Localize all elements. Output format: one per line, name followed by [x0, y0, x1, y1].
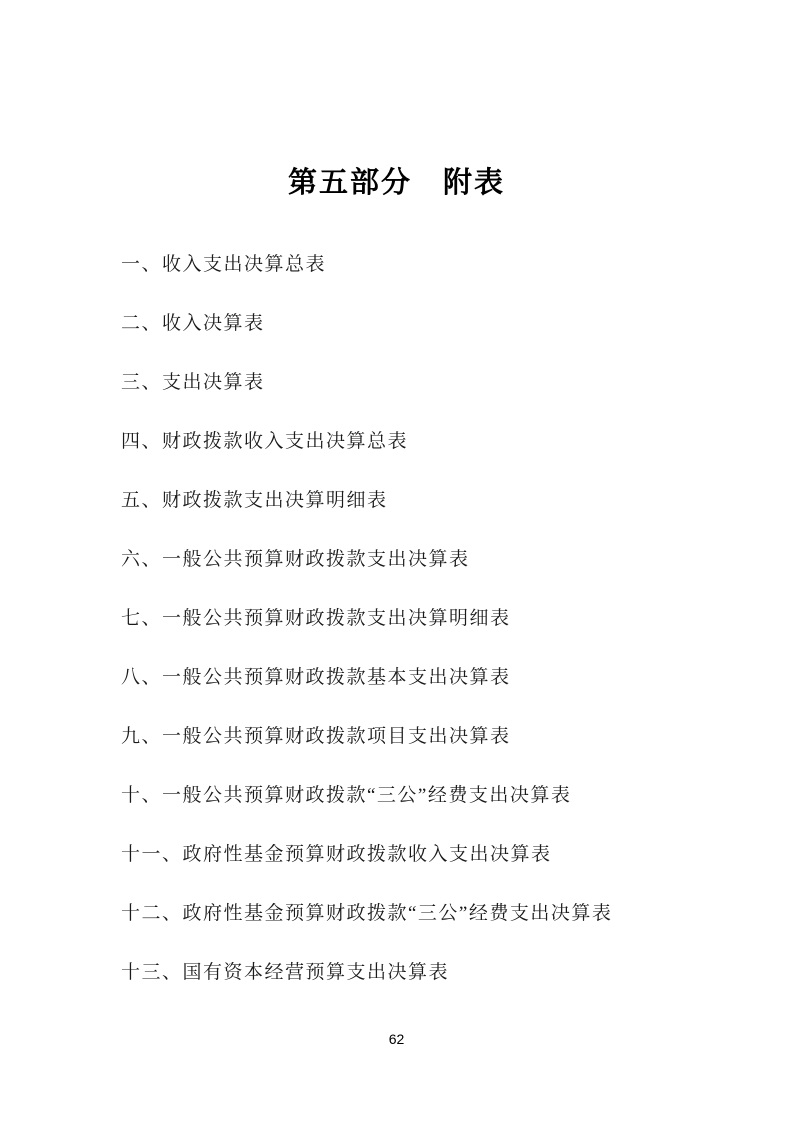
list-item: 十、一般公共预算财政拨款“三公”经费支出决算表 — [121, 783, 733, 842]
list-item: 三、支出决算表 — [121, 370, 733, 429]
list-item: 一、收入支出决算总表 — [121, 252, 733, 311]
list-item: 八、一般公共预算财政拨款基本支出决算表 — [121, 665, 733, 724]
list-item: 二、收入决算表 — [121, 311, 733, 370]
list-item: 十一、政府性基金预算财政拨款收入支出决算表 — [121, 842, 733, 901]
toc-list: 一、收入支出决算总表 二、收入决算表 三、支出决算表 四、财政拨款收入支出决算总… — [121, 252, 733, 1019]
page-title: 第五部分 附表 — [0, 165, 793, 201]
list-item: 十二、政府性基金预算财政拨款“三公”经费支出决算表 — [121, 901, 733, 960]
list-item: 四、财政拨款收入支出决算总表 — [121, 429, 733, 488]
document-page: 第五部分 附表 一、收入支出决算总表 二、收入决算表 三、支出决算表 四、财政拨… — [0, 0, 793, 1122]
list-item: 五、财政拨款支出决算明细表 — [121, 488, 733, 547]
list-item: 十三、国有资本经营预算支出决算表 — [121, 960, 733, 1019]
list-item: 九、一般公共预算财政拨款项目支出决算表 — [121, 724, 733, 783]
list-item: 七、一般公共预算财政拨款支出决算明细表 — [121, 606, 733, 665]
list-item: 六、一般公共预算财政拨款支出决算表 — [121, 547, 733, 606]
page-number: 62 — [0, 1031, 793, 1047]
